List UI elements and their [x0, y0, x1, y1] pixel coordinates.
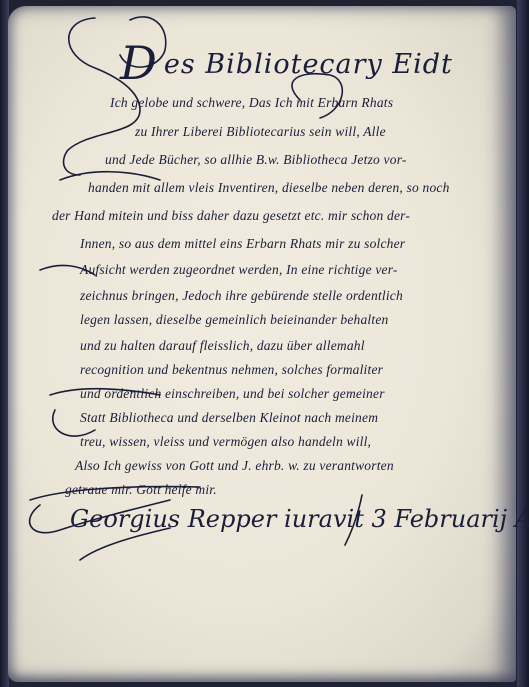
text-line-5: der Hand mitein und biss daher dazu gese…	[52, 208, 410, 224]
text-line-7: Aufsicht werden zugeordnet werden, In ei…	[80, 262, 398, 278]
text-line-4: handen mit allem vleis Inventiren, diese…	[88, 180, 450, 196]
text-line-9: legen lassen, dieselbe gemeinlich beiein…	[80, 312, 388, 328]
text-line-15: Also Ich gewiss von Gott und J. ehrb. w.…	[75, 458, 394, 474]
text-line-6: Innen, so aus dem mittel eins Erbarn Rha…	[80, 236, 405, 252]
text-line-11: recognition und bekentnus nehmen, solche…	[80, 362, 383, 378]
text-line-16: getraue mir. Gott helfe mir.	[65, 482, 217, 498]
text-line-10: und zu halten darauf fleisslich, dazu üb…	[80, 338, 365, 354]
scan-right-edge	[517, 0, 529, 687]
text-line-12: und ordentlich einschreiben, und bei sol…	[80, 386, 385, 402]
text-line-2: zu Ihrer Liberei Bibliotecarius sein wil…	[135, 124, 386, 140]
signature-line: Georgius Repper iuravit 3 Februarij Ao 1…	[70, 505, 529, 533]
text-line-13: Statt Bibliotheca und derselben Kleinot …	[80, 410, 378, 426]
text-line-1: Ich gelobe und schwere, Das Ich mit Erba…	[110, 95, 393, 111]
text-line-14: treu, wissen, vleiss und vermögen also h…	[80, 434, 371, 450]
title-text: es Bibliotecary Eidt	[164, 49, 453, 80]
text-line-3: und Jede Bücher, so allhie B.w. Biblioth…	[105, 152, 407, 168]
title-initial: D	[120, 36, 158, 90]
document-title: Des Bibliotecary Eidt	[120, 30, 453, 84]
text-line-8: zeichnus bringen, Jedoch ihre gebürende …	[80, 288, 403, 304]
